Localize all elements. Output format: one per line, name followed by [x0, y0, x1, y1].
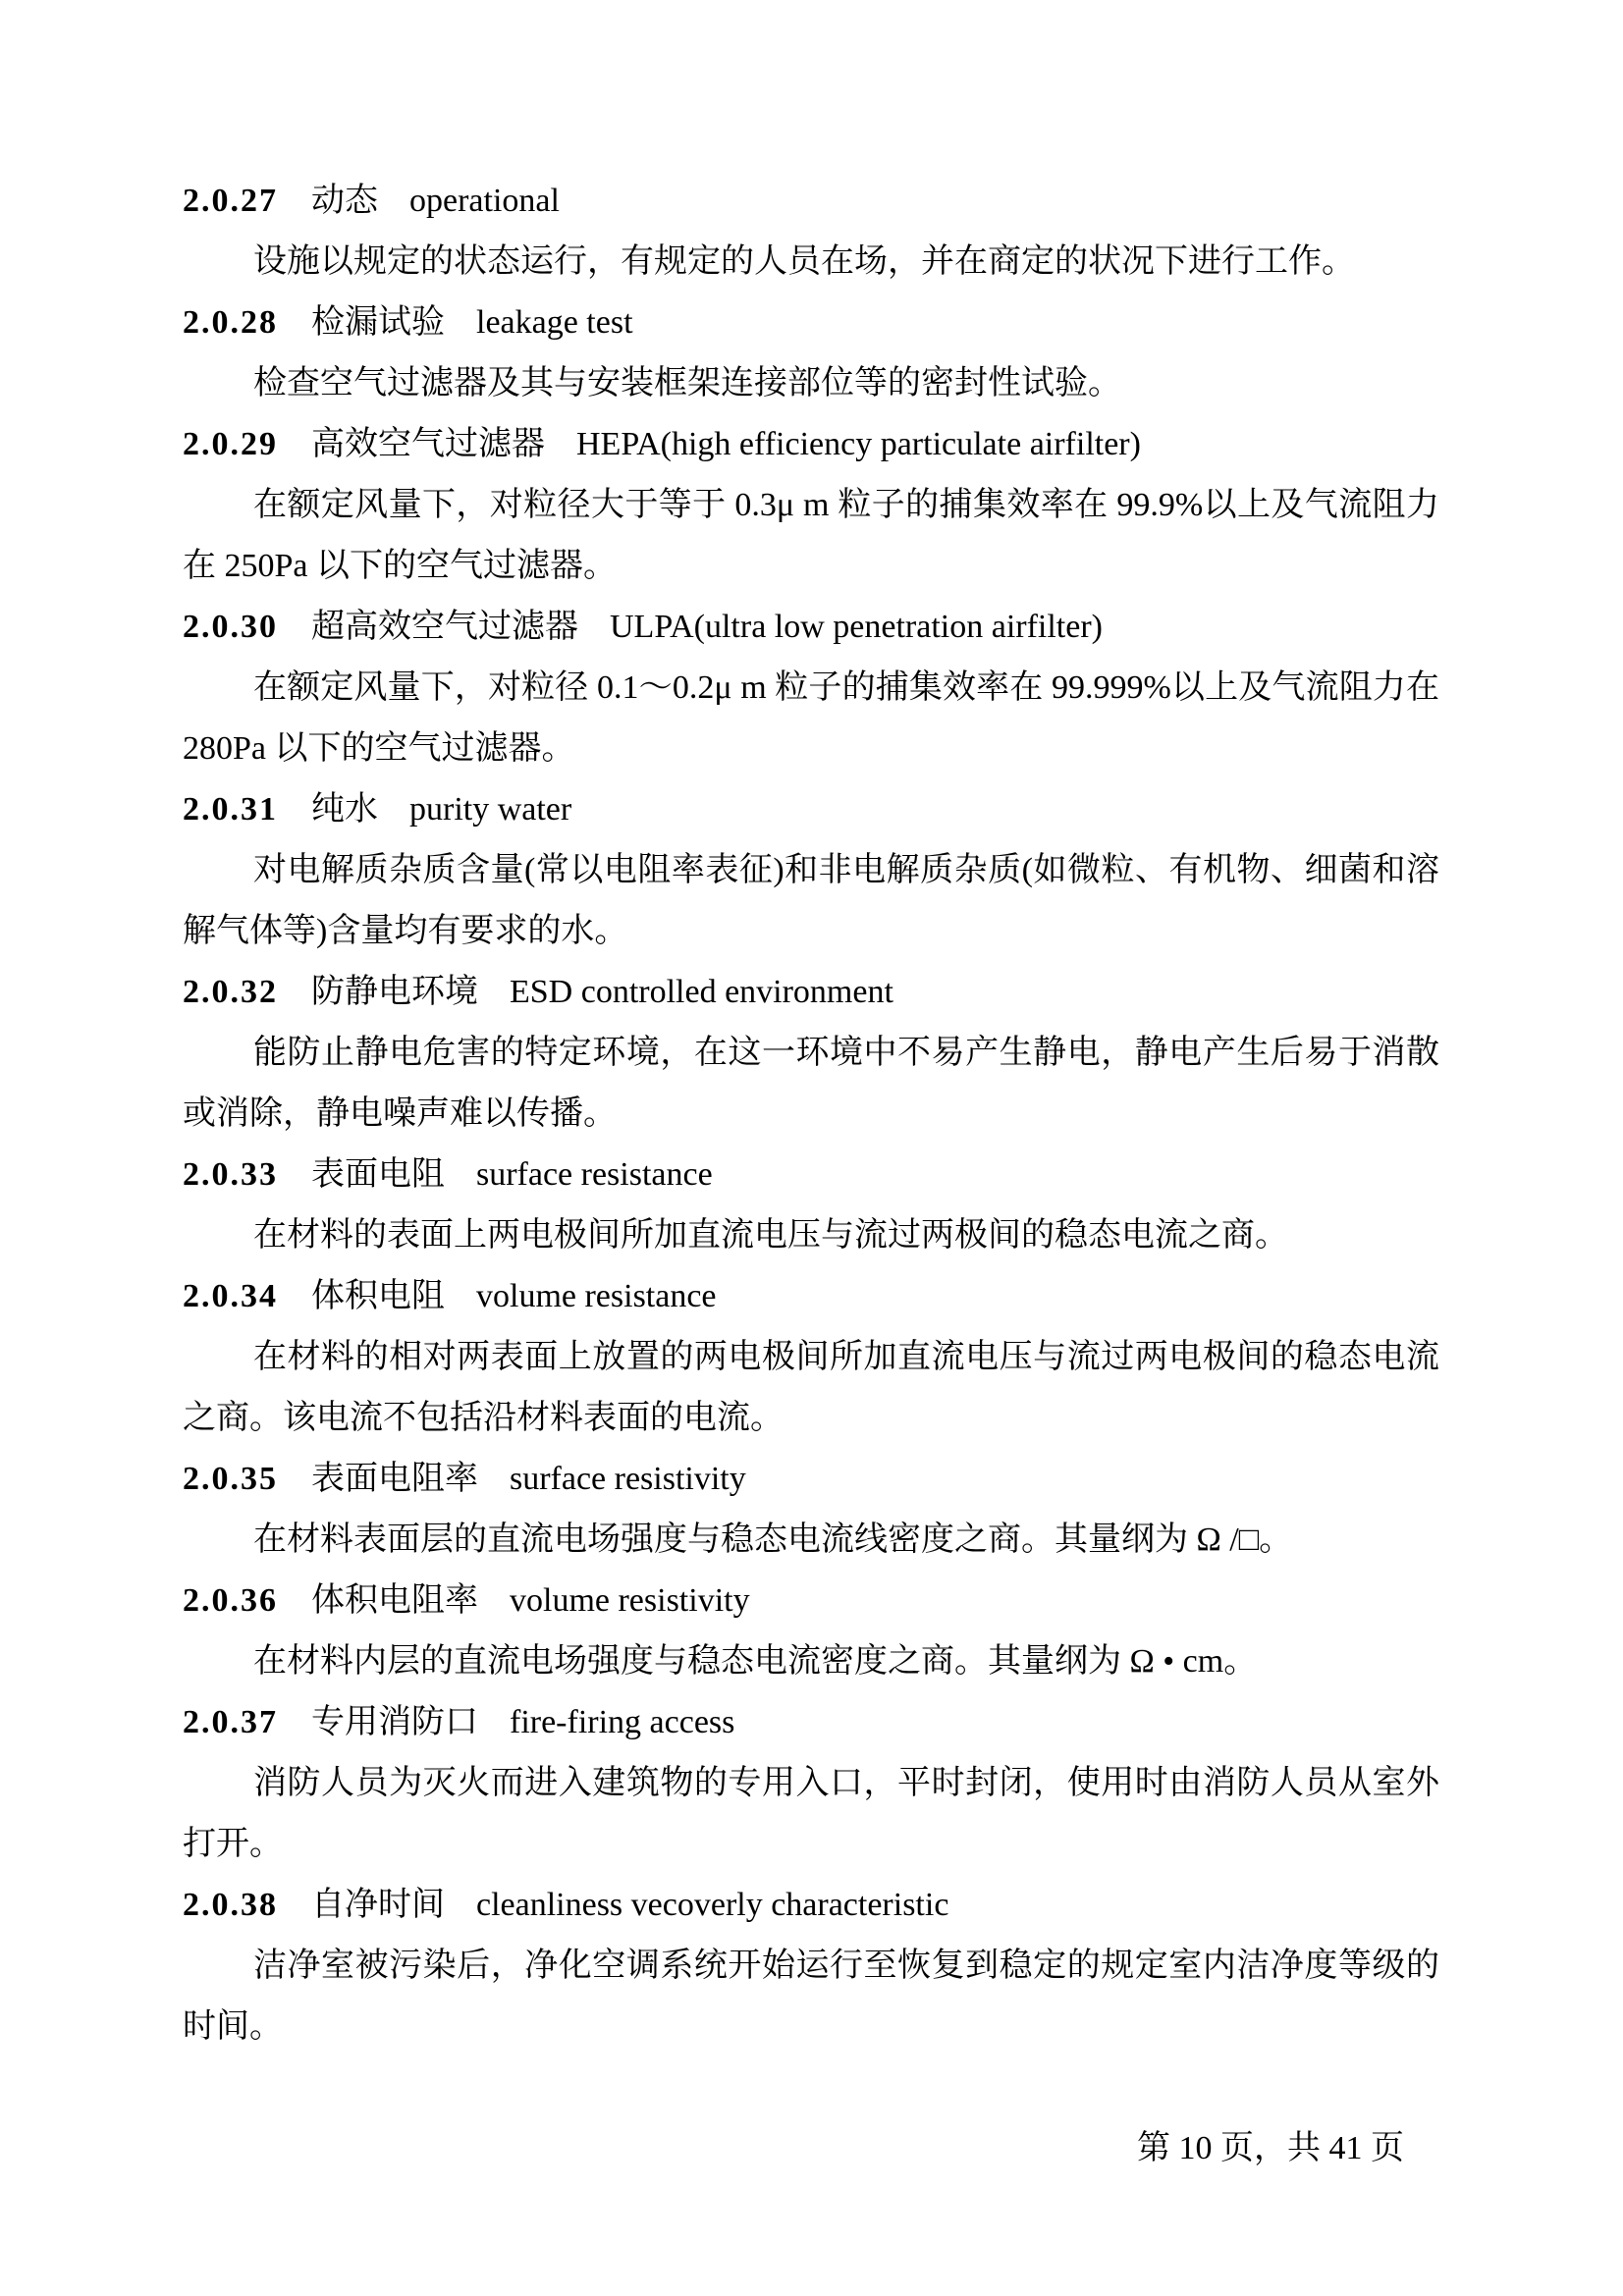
term-english: ULPA(ultra low penetration airfilter)	[610, 609, 1103, 645]
term-number: 2.0.38	[183, 1887, 278, 1923]
term-entry: 2.0.34体积电阻volume resistance在材料的相对两表面上放置的…	[183, 1266, 1439, 1449]
term-english: fire-firing access	[510, 1704, 734, 1740]
term-heading: 2.0.27动态operational	[183, 171, 1439, 232]
term-definition: 在材料内层的直流电场强度与稳态电流密度之商。其量纲为 Ω • cm。	[183, 1631, 1439, 1692]
term-number: 2.0.36	[183, 1582, 278, 1619]
term-entry: 2.0.31纯水purity water对电解质杂质含量(常以电阻率表征)和非电…	[183, 779, 1439, 962]
page-footer: 第 10 页，共 41 页	[1137, 2118, 1404, 2179]
term-entry: 2.0.35表面电阻率surface resistivity在材料表面层的直流电…	[183, 1449, 1439, 1571]
term-number: 2.0.33	[183, 1156, 278, 1193]
term-chinese: 动态	[311, 183, 378, 219]
term-heading: 2.0.37专用消防口fire-firing access	[183, 1692, 1439, 1753]
term-entry: 2.0.29高效空气过滤器HEPA(high efficiency partic…	[183, 414, 1439, 597]
term-definition: 对电解质杂质含量(常以电阻率表征)和非电解质杂质(如微粒、有机物、细菌和溶解气体…	[183, 840, 1439, 962]
term-english: leakage test	[476, 304, 633, 341]
term-chinese: 专用消防口	[311, 1704, 478, 1740]
term-definition: 检查空气过滤器及其与安装框架连接部位等的密封性试验。	[183, 353, 1439, 414]
term-definition: 消防人员为灭火而进入建筑物的专用入口，平时封闭，使用时由消防人员从室外打开。	[183, 1753, 1439, 1875]
term-chinese: 表面电阻	[311, 1156, 445, 1193]
term-chinese: 自净时间	[311, 1887, 445, 1923]
term-definition: 在额定风量下，对粒径 0.1～0.2μ m 粒子的捕集效率在 99.999%以上…	[183, 658, 1439, 779]
term-number: 2.0.35	[183, 1461, 278, 1497]
term-entry: 2.0.30超高效空气过滤器ULPA(ultra low penetration…	[183, 597, 1439, 779]
term-entry: 2.0.37专用消防口fire-firing access消防人员为灭火而进入建…	[183, 1692, 1439, 1875]
term-heading: 2.0.30超高效空气过滤器ULPA(ultra low penetration…	[183, 597, 1439, 658]
term-heading: 2.0.29高效空气过滤器HEPA(high efficiency partic…	[183, 414, 1439, 475]
term-entry: 2.0.36体积电阻率volume resistivity在材料内层的直流电场强…	[183, 1571, 1439, 1692]
term-chinese: 超高效空气过滤器	[311, 609, 578, 645]
term-definition: 在材料的表面上两电极间所加直流电压与流过两极间的稳态电流之商。	[183, 1205, 1439, 1266]
term-entry: 2.0.33表面电阻surface resistance在材料的表面上两电极间所…	[183, 1145, 1439, 1266]
term-english: cleanliness vecoverly characteristic	[476, 1887, 948, 1923]
terms-section: 2.0.27动态operational设施以规定的状态运行，有规定的人员在场，并…	[183, 171, 1439, 2057]
term-definition: 在材料的相对两表面上放置的两电极间所加直流电压与流过两电极间的稳态电流之商。该电…	[183, 1327, 1439, 1449]
term-definition: 在材料表面层的直流电场强度与稳态电流线密度之商。其量纲为 Ω /□。	[183, 1510, 1439, 1571]
term-entry: 2.0.27动态operational设施以规定的状态运行，有规定的人员在场，并…	[183, 171, 1439, 293]
term-chinese: 高效空气过滤器	[311, 426, 545, 462]
term-definition: 在额定风量下，对粒径大于等于 0.3μ m 粒子的捕集效率在 99.9%以上及气…	[183, 475, 1439, 597]
term-english: volume resistivity	[510, 1582, 750, 1619]
term-english: operational	[409, 183, 560, 219]
term-english: purity water	[409, 791, 571, 828]
term-heading: 2.0.28检漏试验leakage test	[183, 293, 1439, 353]
term-english: surface resistivity	[510, 1461, 746, 1497]
term-number: 2.0.29	[183, 426, 278, 462]
term-definition: 设施以规定的状态运行，有规定的人员在场，并在商定的状况下进行工作。	[183, 232, 1439, 293]
term-number: 2.0.32	[183, 974, 278, 1010]
term-heading: 2.0.33表面电阻surface resistance	[183, 1145, 1439, 1205]
term-entry: 2.0.32防静电环境ESD controlled environment能防止…	[183, 962, 1439, 1145]
term-number: 2.0.37	[183, 1704, 278, 1740]
document-page: 2.0.27动态operational设施以规定的状态运行，有规定的人员在场，并…	[0, 0, 1623, 2296]
term-entry: 2.0.38自净时间cleanliness vecoverly characte…	[183, 1875, 1439, 2057]
term-english: volume resistance	[476, 1278, 717, 1314]
term-english: ESD controlled environment	[510, 974, 893, 1010]
term-definition: 洁净室被污染后，净化空调系统开始运行至恢复到稳定的规定室内洁净度等级的时间。	[183, 1936, 1439, 2057]
term-english: HEPA(high efficiency particulate airfilt…	[576, 426, 1141, 462]
page-number-text: 第 10 页，共 41 页	[1137, 2130, 1404, 2166]
term-number: 2.0.31	[183, 791, 278, 828]
term-heading: 2.0.38自净时间cleanliness vecoverly characte…	[183, 1875, 1439, 1936]
term-entry: 2.0.28检漏试验leakage test检查空气过滤器及其与安装框架连接部位…	[183, 293, 1439, 414]
term-heading: 2.0.34体积电阻volume resistance	[183, 1266, 1439, 1327]
term-chinese: 纯水	[311, 791, 378, 828]
term-number: 2.0.30	[183, 609, 278, 645]
term-definition: 能防止静电危害的特定环境，在这一环境中不易产生静电，静电产生后易于消散或消除，静…	[183, 1023, 1439, 1145]
term-heading: 2.0.32防静电环境ESD controlled environment	[183, 962, 1439, 1023]
term-chinese: 防静电环境	[311, 974, 478, 1010]
term-chinese: 体积电阻率	[311, 1582, 478, 1619]
term-heading: 2.0.36体积电阻率volume resistivity	[183, 1571, 1439, 1631]
term-chinese: 体积电阻	[311, 1278, 445, 1314]
term-number: 2.0.28	[183, 304, 278, 341]
term-number: 2.0.34	[183, 1278, 278, 1314]
term-chinese: 表面电阻率	[311, 1461, 478, 1497]
term-number: 2.0.27	[183, 183, 278, 219]
term-english: surface resistance	[476, 1156, 713, 1193]
term-heading: 2.0.31纯水purity water	[183, 779, 1439, 840]
term-chinese: 检漏试验	[311, 304, 445, 341]
term-heading: 2.0.35表面电阻率surface resistivity	[183, 1449, 1439, 1510]
